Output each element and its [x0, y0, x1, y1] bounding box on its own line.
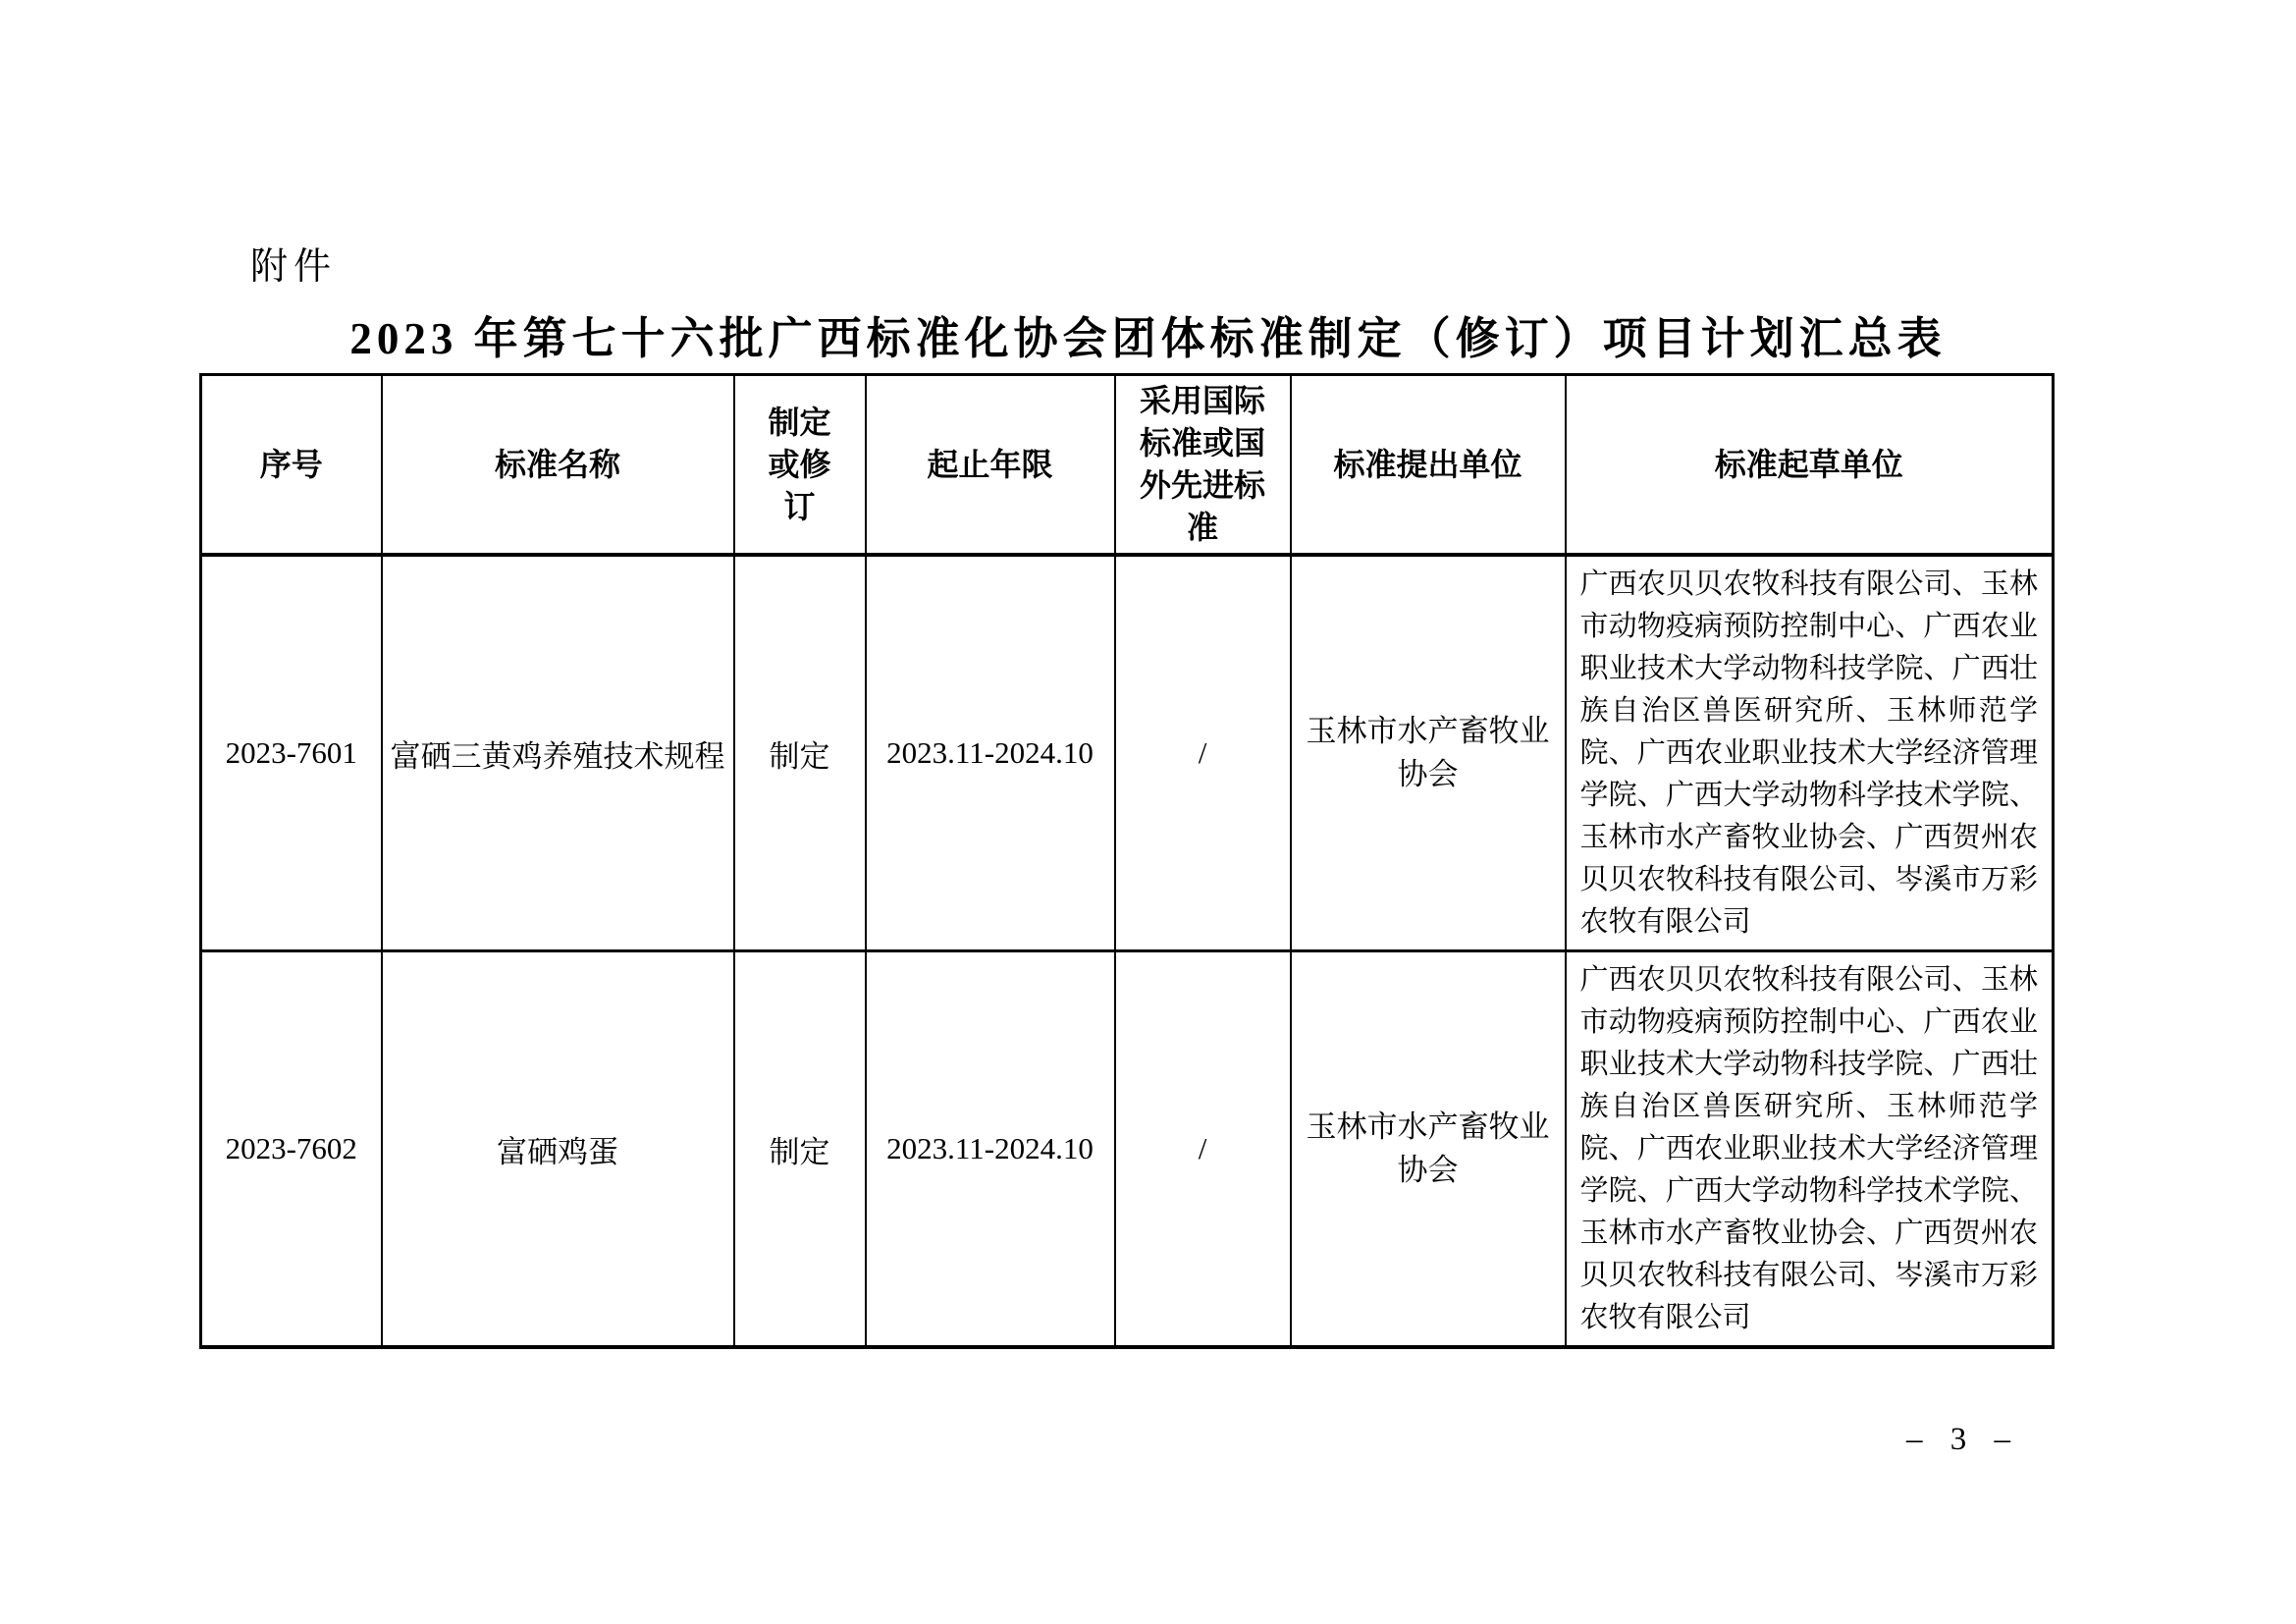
header-proposing-unit: 标准提出单位 — [1291, 375, 1566, 556]
cell-formulate-or-revise: 制定 — [734, 555, 866, 951]
page-number: – 3 – — [1906, 1422, 2012, 1458]
cell-international-standard: / — [1115, 555, 1291, 951]
header-drafting-unit: 标准起草单位 — [1566, 375, 2054, 556]
cell-formulate-or-revise: 制定 — [734, 951, 866, 1348]
table-row: 2023-7602 富硒鸡蛋 制定 2023.11-2024.10 / 玉林市水… — [201, 951, 2054, 1348]
table-header-row: 序号 标准名称 制定 或修 订 起止年限 采用国际 标准或国 外先进标 准 标准… — [201, 375, 2054, 556]
cell-drafting-unit: 广西农贝贝农牧科技有限公司、玉林市动物疫病预防控制中心、广西农业职业技术大学动物… — [1566, 555, 2054, 951]
cell-drafting-unit: 广西农贝贝农牧科技有限公司、玉林市动物疫病预防控制中心、广西农业职业技术大学动物… — [1566, 951, 2054, 1348]
attachment-label: 附件 — [250, 236, 337, 290]
cell-serial: 2023-7601 — [201, 555, 382, 951]
cell-proposing-unit: 玉林市水产畜牧业 协会 — [1291, 555, 1566, 951]
standards-plan-table: 序号 标准名称 制定 或修 订 起止年限 采用国际 标准或国 外先进标 准 标准… — [199, 373, 2055, 1349]
page-title: 2023 年第七十六批广西标准化协会团体标准制定（修订）项目计划汇总表 — [0, 302, 2296, 366]
cell-standard-name: 富硒鸡蛋 — [382, 951, 734, 1348]
cell-standard-name: 富硒三黄鸡养殖技术规程 — [382, 555, 734, 951]
cell-period: 2023.11-2024.10 — [866, 555, 1115, 951]
table-row: 2023-7601 富硒三黄鸡养殖技术规程 制定 2023.11-2024.10… — [201, 555, 2054, 951]
header-standard-name: 标准名称 — [382, 375, 734, 556]
cell-serial: 2023-7602 — [201, 951, 382, 1348]
header-period: 起止年限 — [866, 375, 1115, 556]
header-international-standard: 采用国际 标准或国 外先进标 准 — [1115, 375, 1291, 556]
cell-period: 2023.11-2024.10 — [866, 951, 1115, 1348]
document-page: 附件 2023 年第七十六批广西标准化协会团体标准制定（修订）项目计划汇总表 序… — [0, 0, 2296, 1624]
cell-proposing-unit: 玉林市水产畜牧业 协会 — [1291, 951, 1566, 1348]
cell-international-standard: / — [1115, 951, 1291, 1348]
header-formulate-or-revise: 制定 或修 订 — [734, 375, 866, 556]
header-serial: 序号 — [201, 375, 382, 556]
